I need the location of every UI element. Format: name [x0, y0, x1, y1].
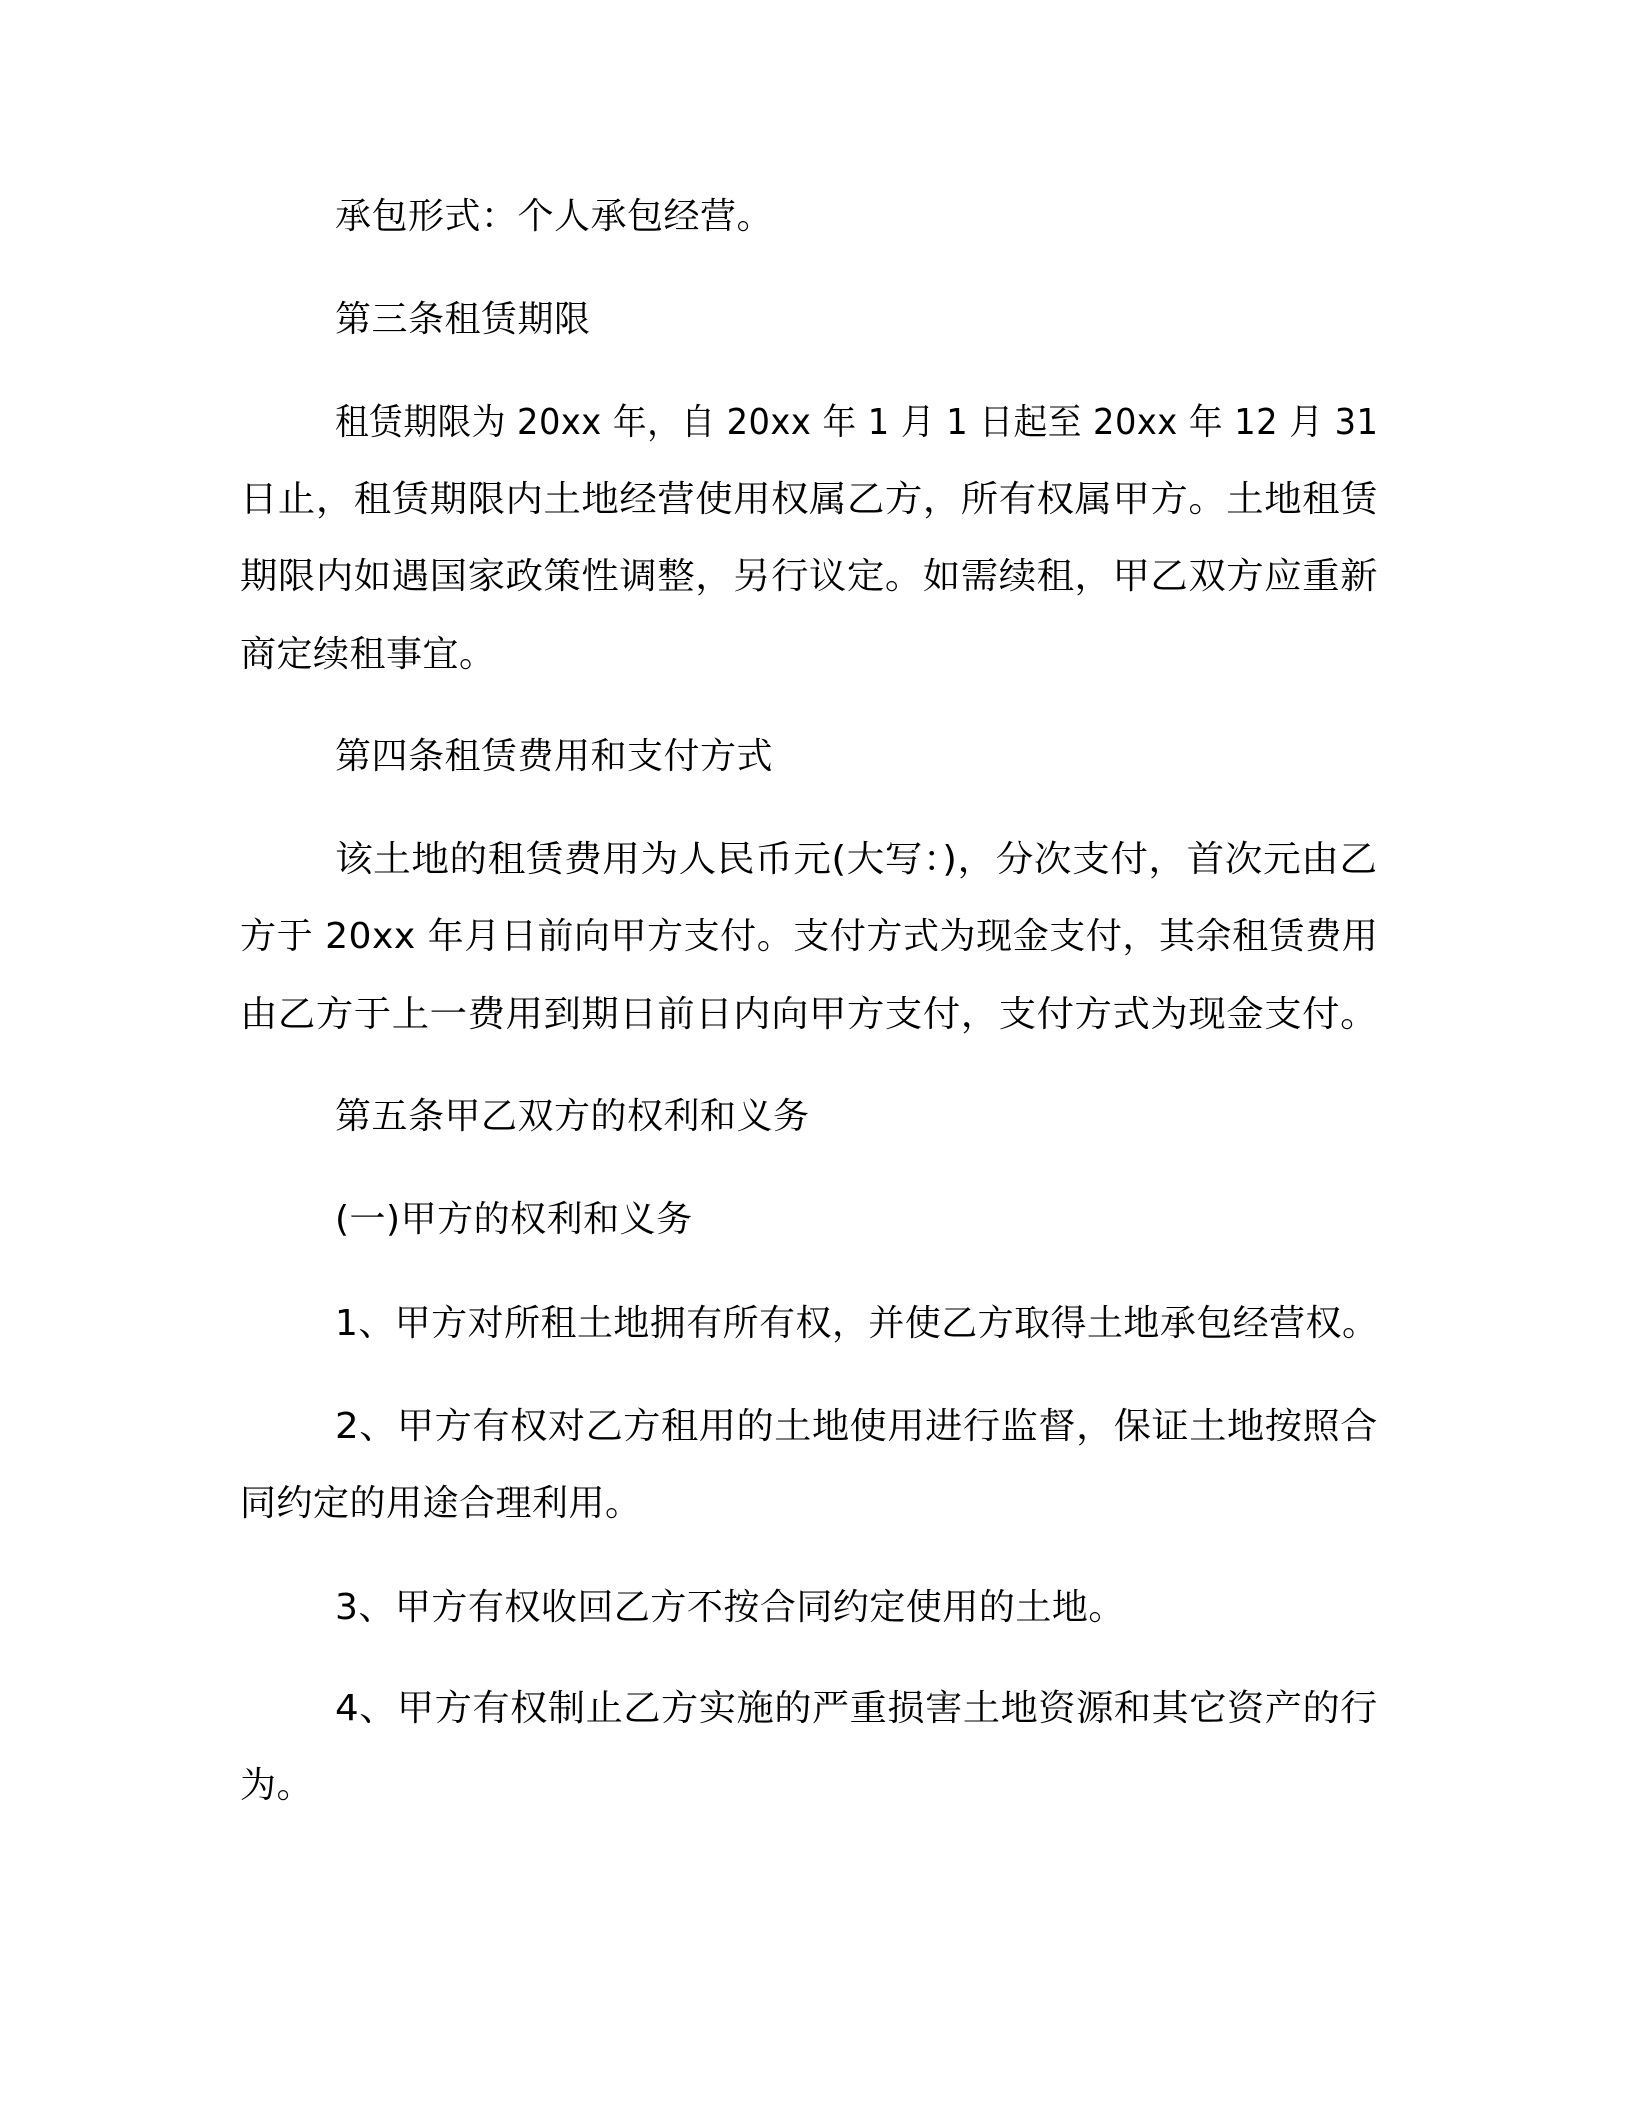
document-page: 承包形式：个人承包经营。 第三条租赁期限 租赁期限为 20xx 年，自 20xx… — [0, 0, 1632, 2112]
party-a-item-2-line-1: 2、甲方有权对乙方租用的土地使用进行监督，保证土地按照合 — [335, 1405, 1378, 1449]
article-3-body-line-4: 商定续租事宜。 — [240, 633, 496, 677]
article-5-heading: 第五条甲乙双方的权利和义务 — [335, 1095, 810, 1139]
party-a-item-4-line-1: 4、甲方有权制止乙方实施的严重损害土地资源和其它资产的行 — [335, 1687, 1378, 1731]
article-4-body-line-2: 方于 20xx 年月日前向甲方支付。支付方式为现金支付，其余租赁费用 — [240, 915, 1378, 959]
article-4-body-line-3: 由乙方于上一费用到期日前日内向甲方支付，支付方式为现金支付。 — [240, 993, 1378, 1037]
article-3-body-line-3: 期限内如遇国家政策性调整，另行议定。如需续租，甲乙双方应重新 — [240, 555, 1378, 599]
article-4-body-line-1: 该土地的租赁费用为人民币元(大写：)，分次支付，首次元由乙 — [335, 838, 1378, 882]
party-a-item-4-line-2: 为。 — [240, 1764, 313, 1808]
party-a-item-1-line-1: 1、甲方对所租土地拥有所有权，并使乙方取得土地承包经营权。 — [335, 1302, 1378, 1346]
article-4-heading: 第四条租赁费用和支付方式 — [335, 735, 773, 779]
article-3-body-line-2: 日止，租赁期限内土地经营使用权属乙方，所有权属甲方。土地租赁 — [240, 478, 1378, 522]
party-a-subheading: (一)甲方的权利和义务 — [335, 1198, 693, 1242]
party-a-item-3-line-1: 3、甲方有权收回乙方不按合同约定使用的土地。 — [335, 1586, 1125, 1630]
article-3-heading: 第三条租赁期限 — [335, 298, 591, 342]
article-3-body-line-1: 租赁期限为 20xx 年，自 20xx 年 1 月 1 日起至 20xx 年 1… — [335, 401, 1378, 445]
party-a-item-2-line-2: 同约定的用途合理利用。 — [240, 1482, 642, 1526]
contract-form-line-1: 承包形式：个人承包经营。 — [335, 195, 773, 239]
